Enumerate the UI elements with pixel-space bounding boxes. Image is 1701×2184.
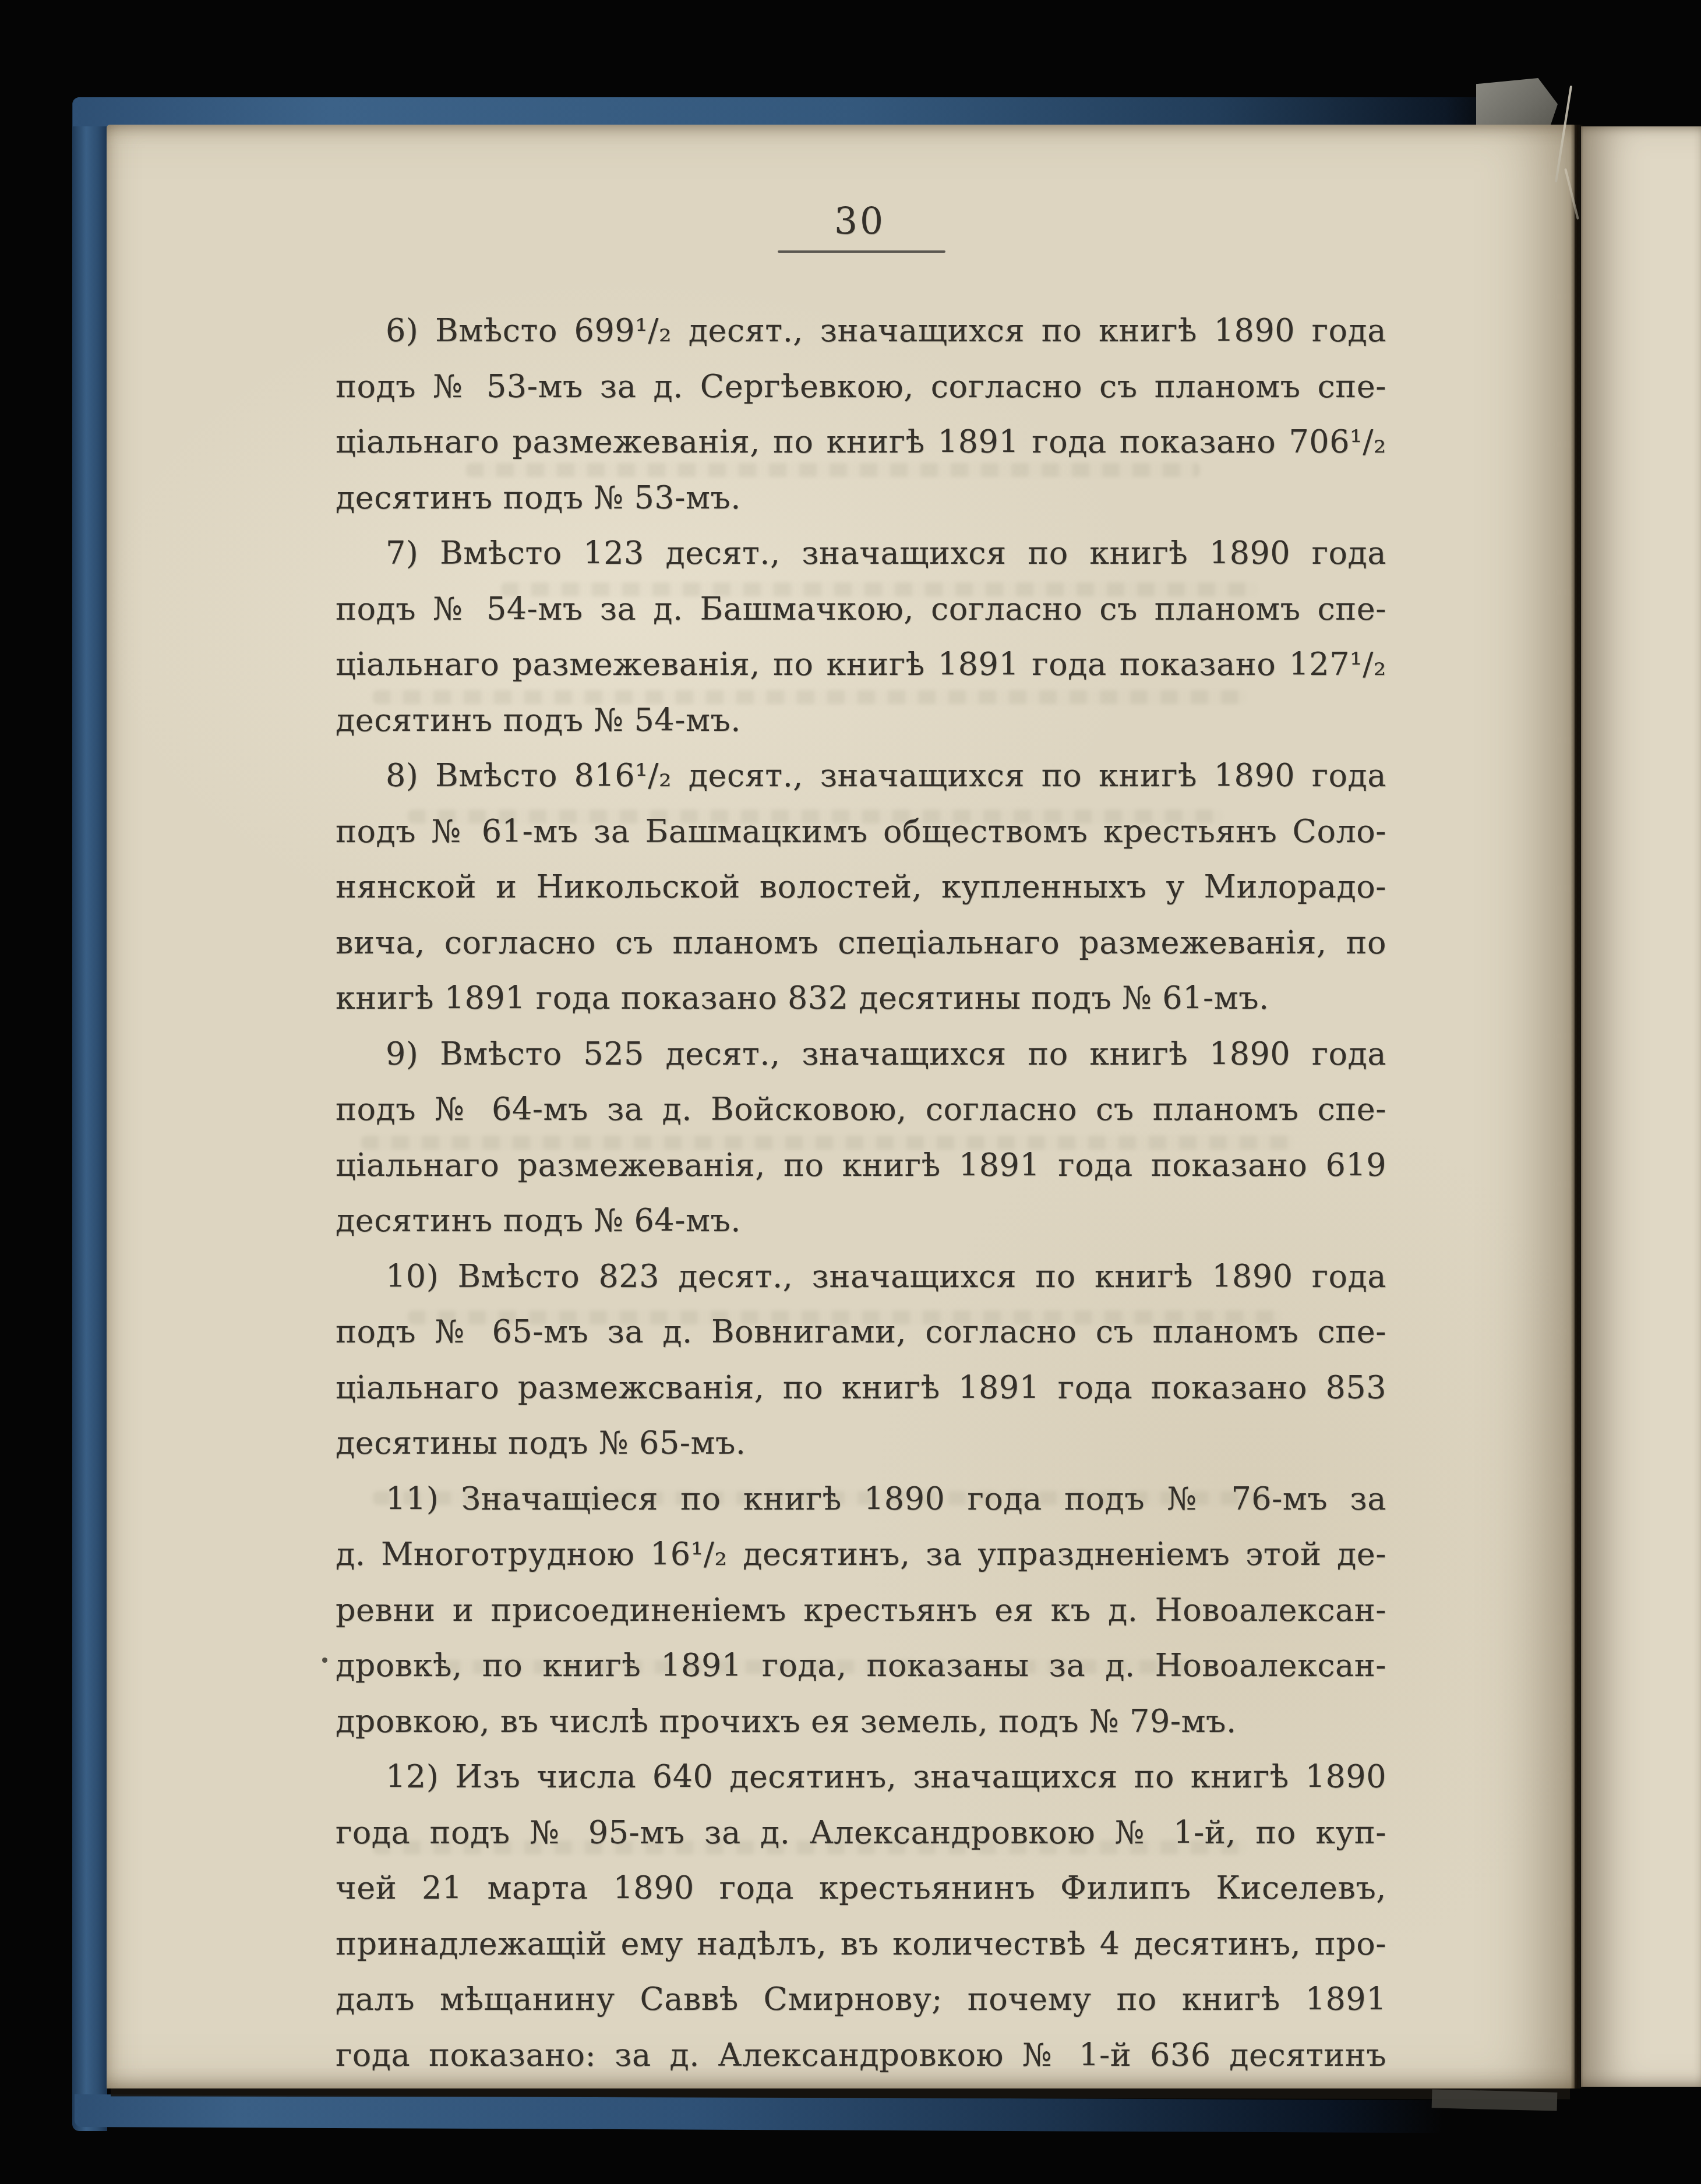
paragraph-item-9: 9) Вмѣсто 525 десят., значащихся по книг… bbox=[336, 1026, 1386, 1249]
text-line: 6) Вмѣсто 699¹/₂ десят., значащихся по к… bbox=[336, 303, 1386, 359]
text-line: д. Многотрудною 16¹/₂ десятинъ, за упраз… bbox=[336, 1526, 1386, 1582]
text-line: вича, согласно съ планомъ спеціальнаго р… bbox=[336, 915, 1386, 971]
text-line: десятинъ подъ № 54-мъ. bbox=[336, 692, 1386, 748]
paragraph-item-10: 10) Вмѣсто 823 десят., значащихся по кни… bbox=[336, 1249, 1386, 1471]
paragraph-item-12: 12) Изъ числа 640 десятинъ, значащихся п… bbox=[336, 1749, 1386, 2083]
text-line: ціальнаго размежсванія, по книгѣ 1891 го… bbox=[336, 1360, 1386, 1416]
text-line: года подъ № 95-мъ за д. Александровкою №… bbox=[336, 1805, 1386, 1861]
paragraph-item-7: 7) Вмѣсто 123 десят., значащихся по книг… bbox=[336, 525, 1386, 748]
text-line: 10) Вмѣсто 823 десят., значащихся по кни… bbox=[336, 1249, 1386, 1305]
page-number: 30 bbox=[775, 203, 945, 241]
page-number-rule bbox=[778, 250, 945, 253]
book-cover-edge-top bbox=[73, 97, 1503, 126]
text-line: ціальнаго размежеванія, по книгѣ 1891 го… bbox=[336, 1137, 1386, 1193]
text-line: подъ № 61-мъ за Башмацкимъ обществомъ кр… bbox=[336, 804, 1386, 860]
paragraph-item-11: 11) Значащіеся по книгѣ 1890 года подъ №… bbox=[336, 1471, 1386, 1750]
text-line: дровкѣ, по книгѣ 1891 года, показаны за … bbox=[336, 1638, 1386, 1694]
text-line: ціальнаго размежеванія, по книгѣ 1891 го… bbox=[336, 414, 1386, 470]
text-line: 12) Изъ числа 640 десятинъ, значащихся п… bbox=[336, 1749, 1386, 1805]
text-line: 7) Вмѣсто 123 десят., значащихся по книг… bbox=[336, 525, 1386, 581]
text-line: подъ № 64-мъ за д. Войсковою, согласно с… bbox=[336, 1082, 1386, 1137]
text-line: десятины подъ № 65-мъ. bbox=[336, 1415, 1386, 1471]
text-line: 11) Значащіеся по книгѣ 1890 года подъ №… bbox=[336, 1471, 1386, 1527]
text-line: десятинъ подъ № 53-мъ. bbox=[336, 470, 1386, 526]
text-line: принадлежащій ему надѣлъ, въ количествѣ … bbox=[336, 1916, 1386, 1972]
book-cover-edge-bottom bbox=[75, 2094, 1444, 2133]
paragraph-item-6: 6) Вмѣсто 699¹/₂ десят., значащихся по к… bbox=[336, 303, 1386, 525]
text-line: нянской и Никольской волостей, купленных… bbox=[336, 859, 1386, 915]
text-line: подъ № 53-мъ за д. Сергѣевкою, согласно … bbox=[336, 359, 1386, 415]
text-line: далъ мѣщанину Саввѣ Смирнову; почему по … bbox=[336, 1971, 1386, 2027]
book-gutter-crease bbox=[1571, 125, 1583, 2088]
text-block: 6) Вмѣсто 699¹/₂ десят., значащихся по к… bbox=[336, 303, 1386, 2083]
ink-speck bbox=[322, 1658, 327, 1663]
cover-corner-shadow bbox=[1432, 2089, 1558, 2111]
paragraph-item-8: 8) Вмѣсто 816¹/₂ десят., значащихся по к… bbox=[336, 748, 1386, 1026]
text-line: подъ № 54-мъ за д. Башмачкою, согласно с… bbox=[336, 581, 1386, 637]
scanned-book-spread: 30 6) Вмѣсто 699¹/₂ десят., значащихся п… bbox=[0, 0, 1701, 2184]
text-line: десятинъ подъ № 64-мъ. bbox=[336, 1193, 1386, 1249]
text-line: ціальнаго размежеванія, по книгѣ 1891 го… bbox=[336, 637, 1386, 692]
text-line: 9) Вмѣсто 525 десят., значащихся по книг… bbox=[336, 1026, 1386, 1082]
book-cover-edge-left bbox=[72, 97, 107, 2131]
text-line: дровкою, въ числѣ прочихъ ея земель, под… bbox=[336, 1694, 1386, 1750]
text-line: 8) Вмѣсто 816¹/₂ десят., значащихся по к… bbox=[336, 748, 1386, 804]
text-line: подъ № 65-мъ за д. Вовнигами, согласно с… bbox=[336, 1304, 1386, 1360]
text-line: ревни и присоединеніемъ крестьянъ ея къ … bbox=[336, 1582, 1386, 1638]
text-line: года показано: за д. Александровкою № 1-… bbox=[336, 2027, 1386, 2083]
adjacent-page-edge bbox=[1581, 126, 1701, 2087]
text-line: книгѣ 1891 года показано 832 десятины по… bbox=[336, 970, 1386, 1026]
text-line: чей 21 марта 1890 года крестьянинъ Филип… bbox=[336, 1860, 1386, 1916]
scanner-clip bbox=[1476, 78, 1558, 128]
